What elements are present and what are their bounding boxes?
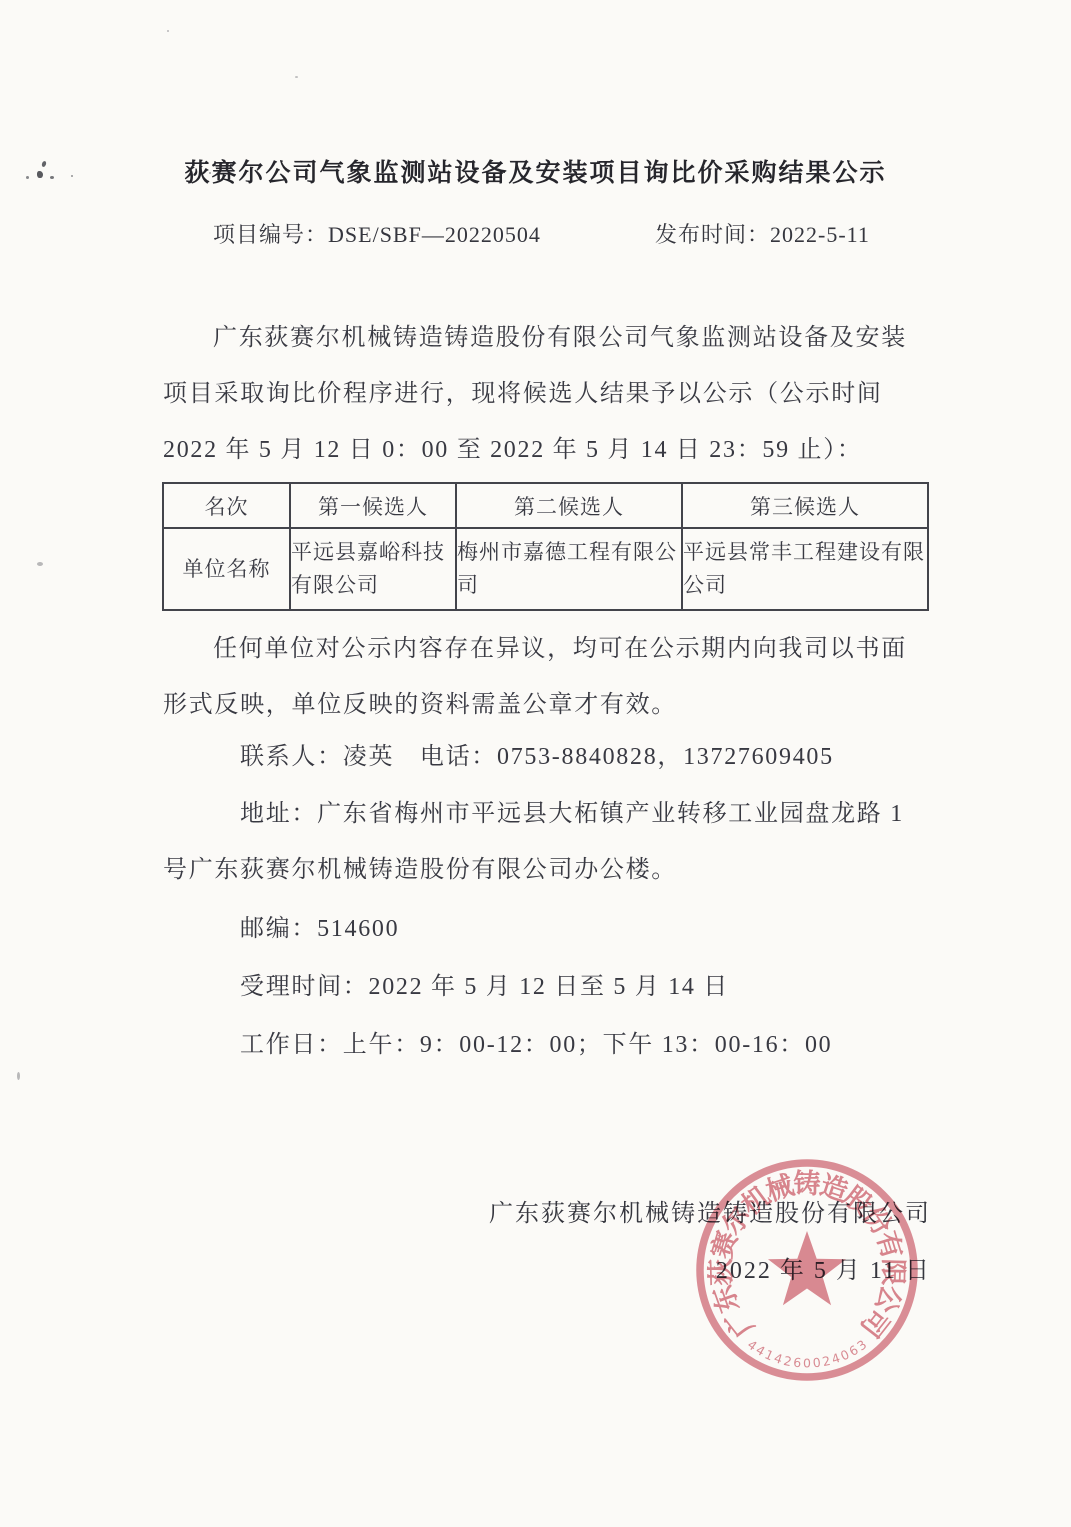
intro-paragraph: 广东荻赛尔机械铸造铸造股份有限公司气象监测站设备及安装 项目采取询比价程序进行，… <box>163 310 913 478</box>
svg-text:3: 3 <box>854 1337 869 1354</box>
svg-text:0: 0 <box>838 1347 851 1364</box>
ink-speck <box>37 562 43 566</box>
publish-date-value: 2022-5-11 <box>770 222 870 247</box>
postcode-line: 邮编：514600 <box>163 901 990 957</box>
project-number-value: DSE/SBF—20220504 <box>328 222 541 247</box>
table-cell-candidate-1: 平远县嘉峪科技有限公司 <box>290 528 456 610</box>
signature-block: 广东荻赛尔机械铸造铸造股份有限公司 2022 年 5 月 11 日 <box>489 1198 931 1287</box>
svg-text:4: 4 <box>753 1342 767 1359</box>
svg-text:1: 1 <box>763 1347 776 1364</box>
svg-text:0: 0 <box>803 1356 811 1371</box>
svg-text:6: 6 <box>846 1342 860 1359</box>
table-header-candidate-3: 第三候选人 <box>682 483 928 528</box>
svg-text:6: 6 <box>793 1355 803 1371</box>
svg-text:4: 4 <box>772 1350 784 1367</box>
table-header-row: 名次 第一候选人 第二候选人 第三候选人 <box>163 483 928 528</box>
project-number-line: 项目编号：DSE/SBF—20220504 <box>213 218 541 249</box>
table-cell-candidate-3: 平远县常丰工程建设有限公司 <box>682 528 928 610</box>
intro-line: 2022 年 5 月 12 日 0：00 至 2022 年 5 月 14 日 2… <box>163 422 913 478</box>
contact-line: 联系人：凌英 电话：0753-8840828，13727609405 <box>163 729 990 785</box>
svg-text:4: 4 <box>830 1350 842 1367</box>
svg-text:广: 广 <box>719 1303 759 1343</box>
svg-text:2: 2 <box>782 1353 793 1369</box>
address-line: 号广东荻赛尔机械铸造股份有限公司办公楼。 <box>163 842 913 898</box>
address-line: 地址：广东省梅州市平远县大柘镇产业转移工业园盘龙路 1 <box>163 786 913 842</box>
table-header-candidate-1: 第一候选人 <box>290 483 456 528</box>
publish-date-label: 发布时间： <box>655 222 770 247</box>
ink-speck <box>167 30 169 32</box>
ink-speck <box>295 76 298 78</box>
table-header-candidate-2: 第二候选人 <box>456 483 682 528</box>
address-paragraph: 地址：广东省梅州市平远县大柘镇产业转移工业园盘龙路 1 号广东荻赛尔机械铸造股份… <box>163 786 913 898</box>
project-number-label: 项目编号： <box>213 222 328 247</box>
acceptance-time-line: 受理时间：2022 年 5 月 12 日至 5 月 14 日 <box>163 959 990 1015</box>
signature-date: 2022 年 5 月 11 日 <box>489 1255 931 1287</box>
candidates-table: 名次 第一候选人 第二候选人 第三候选人 单位名称 平远县嘉峪科技有限公司 梅州… <box>162 482 929 611</box>
table-cell-row-label: 单位名称 <box>163 528 290 610</box>
publish-date-line: 发布时间：2022-5-11 <box>655 218 870 249</box>
table-row: 单位名称 平远县嘉峪科技有限公司 梅州市嘉德工程有限公司 平远县常丰工程建设有限… <box>163 528 928 610</box>
intro-line: 项目采取询比价程序进行，现将候选人结果予以公示（公示时间 <box>163 366 913 422</box>
scanned-announcement-page: 荻赛尔公司气象监测站设备及安装项目询比价采购结果公示 项目编号：DSE/SBF—… <box>0 0 1071 1527</box>
svg-text:0: 0 <box>812 1355 822 1371</box>
objection-line: 任何单位对公示内容存在异议，均可在公示期内向我司以书面 <box>163 621 913 677</box>
signature-company: 广东荻赛尔机械铸造铸造股份有限公司 <box>489 1198 931 1230</box>
table-header-rank: 名次 <box>163 483 290 528</box>
table-cell-candidate-2: 梅州市嘉德工程有限公司 <box>456 528 682 610</box>
objection-line: 形式反映，单位反映的资料需盖公章才有效。 <box>163 677 913 733</box>
svg-text:司: 司 <box>855 1303 895 1343</box>
intro-line: 广东荻赛尔机械铸造铸造股份有限公司气象监测站设备及安装 <box>163 310 913 366</box>
workday-line: 工作日：上午：9：00-12：00；下午 13：00-16：00 <box>163 1017 990 1073</box>
svg-text:2: 2 <box>821 1353 832 1369</box>
svg-text:4: 4 <box>745 1337 760 1354</box>
page-title: 荻赛尔公司气象监测站设备及安装项目询比价采购结果公示 <box>0 153 1071 189</box>
svg-text:铸: 铸 <box>794 1168 821 1199</box>
stamp-code-text: 4414260024063 <box>745 1337 870 1371</box>
objection-paragraph: 任何单位对公示内容存在异议，均可在公示期内向我司以书面 形式反映，单位反映的资料… <box>163 621 913 733</box>
ink-speck <box>17 1072 20 1080</box>
